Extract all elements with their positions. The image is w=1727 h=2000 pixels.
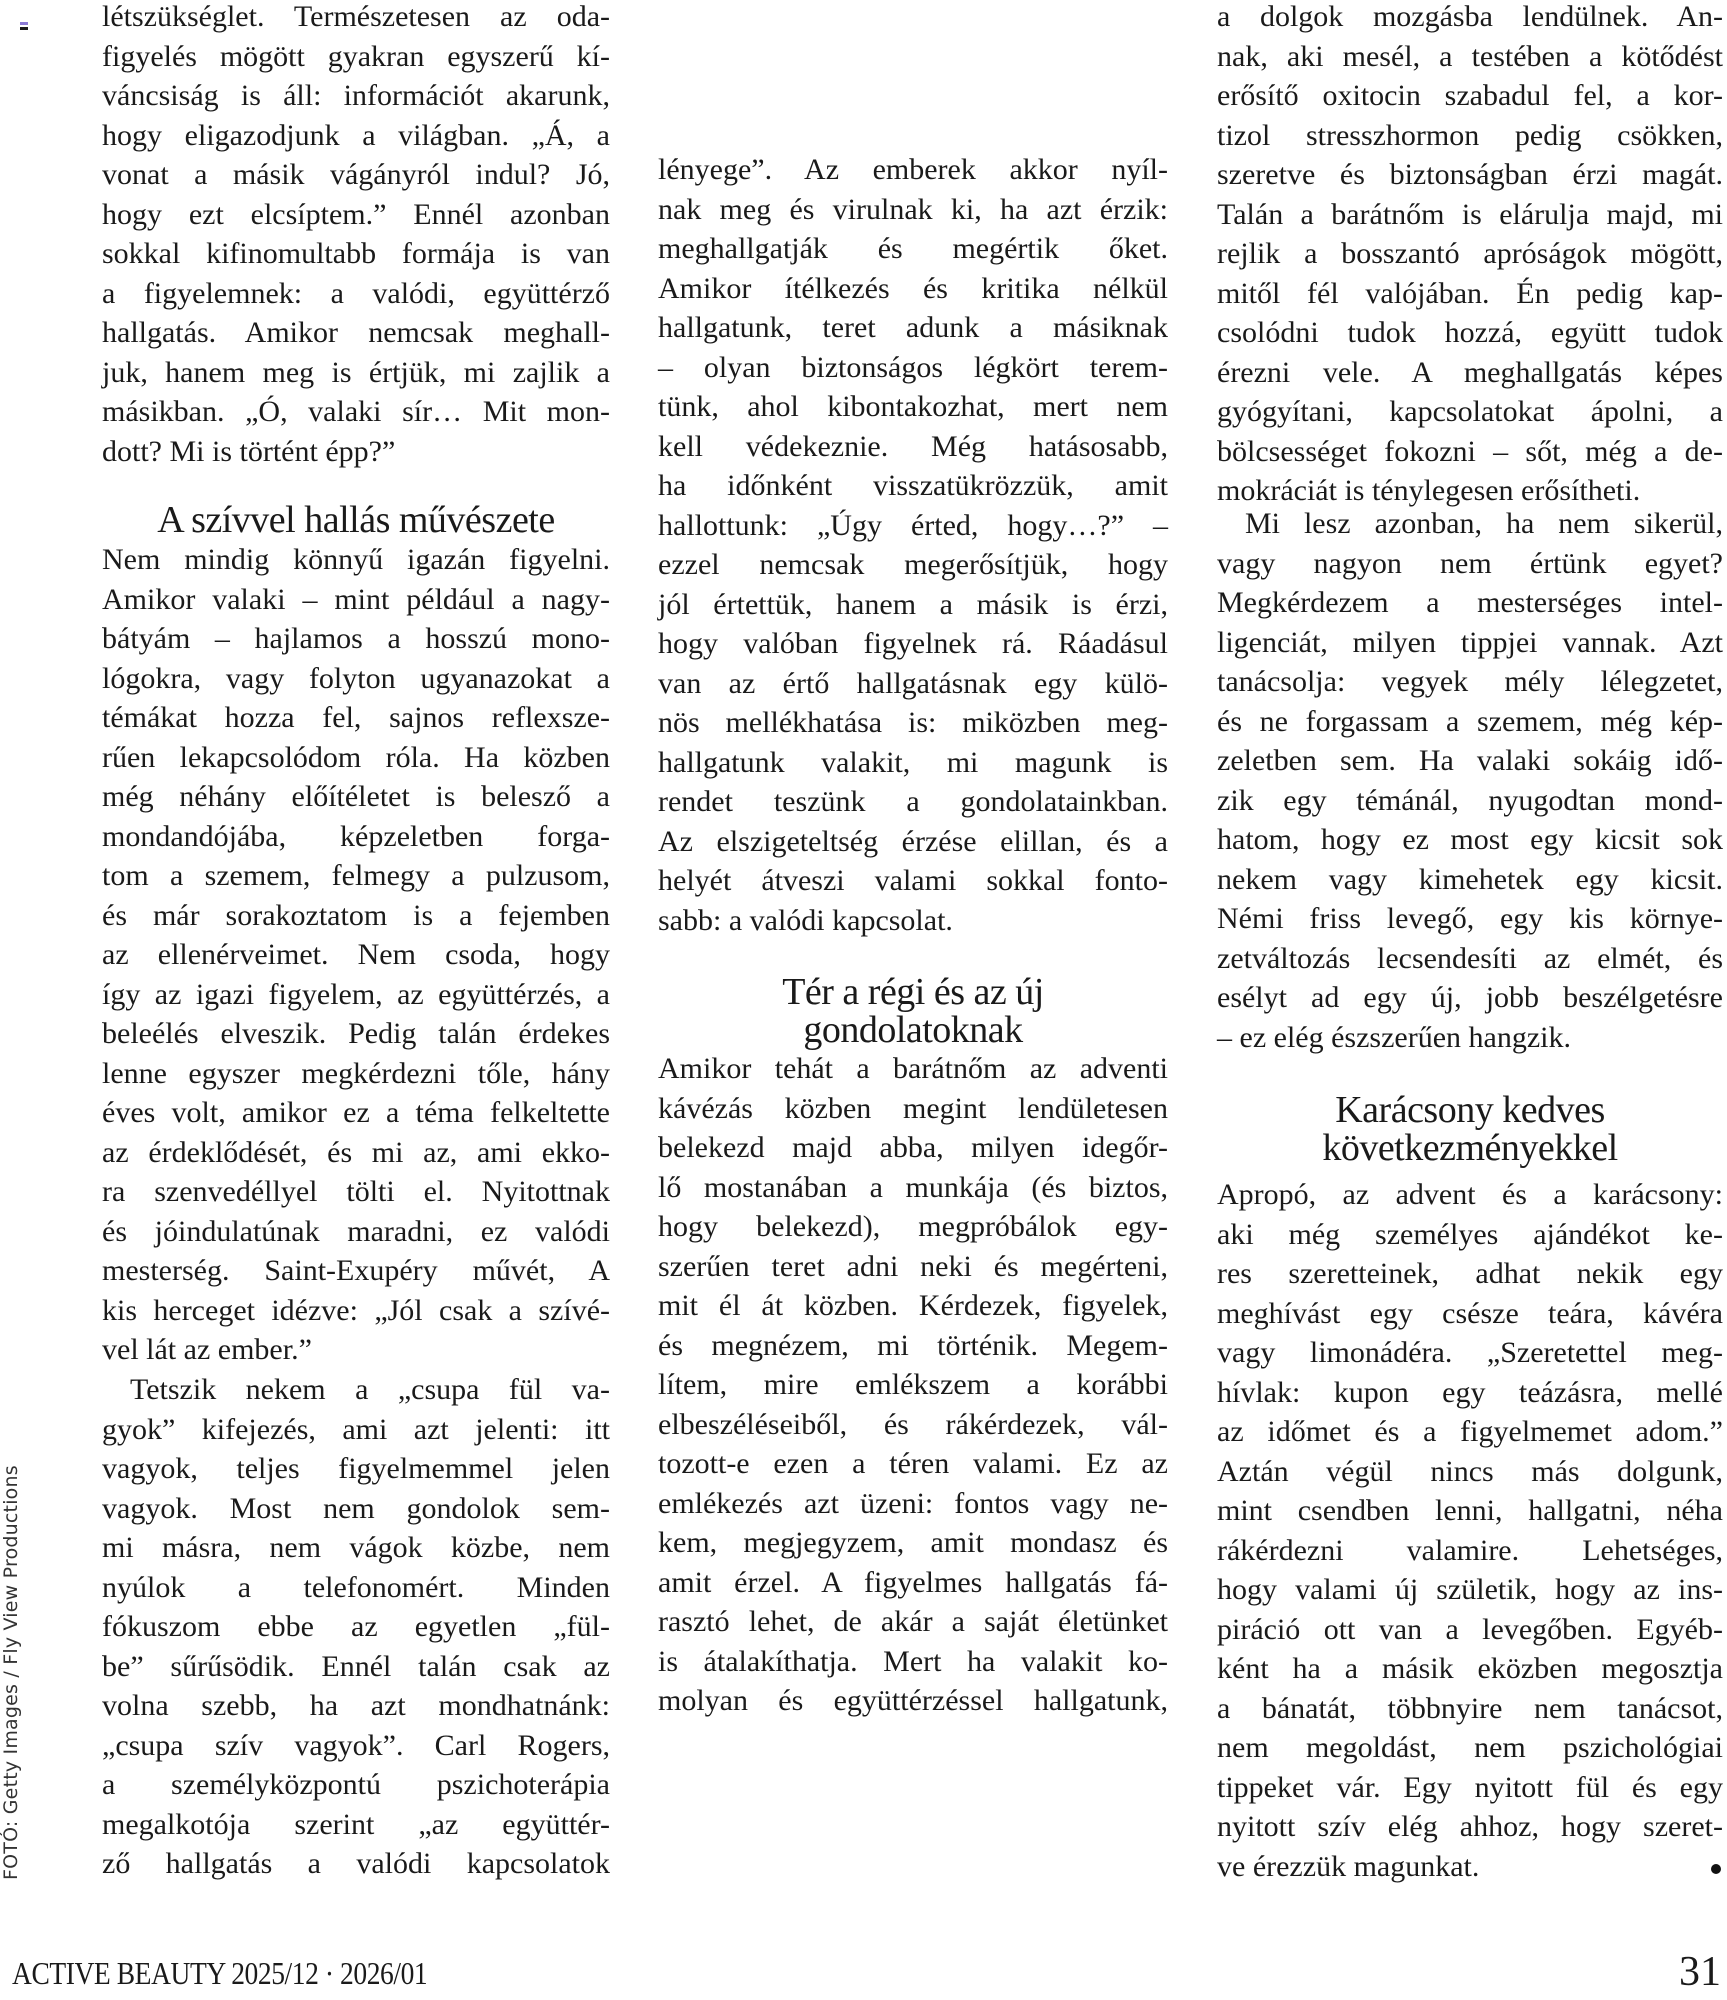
text-line: hallottunk: „Úgy érted, hogy…?” – [658, 506, 1168, 546]
text-line: ző hallgatás a valódi kapcsolatok [102, 1844, 610, 1884]
text-line: lenne egyszer megkérdezni tőle, hány [102, 1054, 610, 1094]
page-number: 31 [1679, 1948, 1721, 1996]
text-line: is átalakíthatja. Mert ha valakit ko- [658, 1642, 1168, 1682]
text-line: létszükséglet. Természetesen az oda- [102, 0, 610, 37]
text-line: jól értettük, hanem a másik is érzi, [658, 585, 1168, 625]
text-line: váncsiság is áll: információt akarunk, [102, 76, 610, 116]
text-line: fókuszom ebbe az egyetlen „fül- [102, 1607, 610, 1647]
text-line: és már sorakoztatom is a fejemben [102, 896, 610, 936]
text-line: zeletben sem. Ha valaki sokáig idő- [1217, 741, 1723, 781]
text-line: mesterség. Saint-Exupéry művét, A [102, 1251, 610, 1291]
text-line: bölcsességet fokozni – sőt, még a de- [1217, 432, 1723, 472]
text-line: hallgatunk, teret adunk a másiknak [658, 308, 1168, 348]
text-line: Mi lesz azonban, ha nem sikerül, [1217, 504, 1723, 544]
text-line: hogy eligazodjunk a világban. „Á, a [102, 116, 610, 156]
text-line: Amikor tehát a barátnőm az adventi [658, 1049, 1168, 1089]
text-line: még néhány előítéletet is belesző a [102, 777, 610, 817]
text-line: ezzel nemcsak megerősítjük, hogy [658, 545, 1168, 585]
text-line: rasztó lehet, de akár a saját életünket [658, 1602, 1168, 1642]
text-line: tanácsolja: vegyek mély lélegzetet, [1217, 662, 1723, 702]
text-line: érezni vele. A meghallgatás képes [1217, 353, 1723, 393]
text-line: nyúlok a telefonomért. Minden [102, 1568, 610, 1608]
end-of-article-dot-icon [1711, 1864, 1721, 1874]
text-line: szeretve és biztonságban érzi magát. [1217, 155, 1723, 195]
text-line: piráció ott van a levegőben. Egyéb- [1217, 1610, 1723, 1650]
text-line: sokkal kifinomultabb formája is van [102, 234, 610, 274]
text-line: az időmet és a figyelmemet adom.” [1217, 1412, 1723, 1452]
text-line: hogy belekezd), megpróbálok egy- [658, 1207, 1168, 1247]
text-line: másikban. „Ó, valaki sír… Mit mon- [102, 392, 610, 432]
section-heading-line-1: Tér a régi és az új [658, 973, 1168, 1011]
text-line: van az értő hallgatásnak egy külö- [658, 664, 1168, 704]
text-line: éves volt, amikor ez a téma felkeltette [102, 1093, 610, 1133]
text-line: volna szebb, ha azt mondhatnánk: [102, 1686, 610, 1726]
text-line: mondandójába, képzeletben forga- [102, 817, 610, 857]
text-line: rejlik a bosszantó apróságok mögött, [1217, 234, 1723, 274]
text-line: res szeretteinek, adhat nekik egy [1217, 1254, 1723, 1294]
text-line: Nem mindig könnyű igazán figyelni. [102, 540, 610, 580]
text-line: a személyközpontú pszichoterápia [102, 1765, 610, 1805]
text-line: vonat a másik vágányról indul? Jó, [102, 155, 610, 195]
text-line: mi másra, nem vágok közbe, nem [102, 1528, 610, 1568]
article-column-left: létszükséglet. Természetesen az oda-figy… [102, 0, 610, 1880]
text-line: tünk, ahol kibontakozhat, mert nem [658, 387, 1168, 427]
text-line: csolódni tudok hozzá, együtt tudok [1217, 313, 1723, 353]
text-line: tom a szemem, felmegy a pulzusom, [102, 856, 610, 896]
text-line: Amikor ítélkezés és kritika nélkül [658, 269, 1168, 309]
text-line: molyan és együttérzéssel hallgatunk, [658, 1681, 1168, 1721]
text-line: ra szenvedéllyel tölti el. Nyitottnak [102, 1172, 610, 1212]
text-line: és megnézem, mi történik. Megem- [658, 1326, 1168, 1366]
section-heading: A szívvel hallás művészete [102, 501, 610, 539]
text-line: a dolgok mozgásba lendülnek. An- [1217, 0, 1723, 37]
text-line: hogy valami új születik, hogy az ins- [1217, 1570, 1723, 1610]
section-heading-line-2: gondolatoknak [658, 1011, 1168, 1049]
text-line: lényege”. Az emberek akkor nyíl- [658, 150, 1168, 190]
text-line: juk, hanem meg is értjük, mi zajlik a [102, 353, 610, 393]
text-line: nak meg és virulnak ki, ha azt érzik: [658, 190, 1168, 230]
text-line: hívlak: kupon egy teázásra, mellé [1217, 1373, 1723, 1413]
text-line: erősítő oxitocin szabadul fel, a kor- [1217, 76, 1723, 116]
text-line: tippeket vár. Egy nyitott fül és egy [1217, 1768, 1723, 1808]
text-line: amit érzel. A figyelmes hallgatás fá- [658, 1563, 1168, 1603]
text-line: bátyám – hajlamos a hosszú mono- [102, 619, 610, 659]
text-line: vagy nagyon nem értünk egyet? [1217, 544, 1723, 584]
text-line: mint csendben lenni, hallgatni, néha [1217, 1491, 1723, 1531]
text-line: Némi friss levegő, egy kis környe- [1217, 899, 1723, 939]
text-line: kem, megjegyzem, amit mondasz és [658, 1523, 1168, 1563]
text-line: Apropó, az advent és a karácsony: [1217, 1175, 1723, 1215]
text-line: vagy limonádéra. „Szeretettel meg- [1217, 1333, 1723, 1373]
text-line: mitől fél valójában. Én pedig kap- [1217, 274, 1723, 314]
text-line: vel lát az ember.” [102, 1330, 610, 1370]
text-line: a figyelemnek: a valódi, együttérző [102, 274, 610, 314]
text-line: ként ha a másik eközben megosztja [1217, 1649, 1723, 1689]
text-line: megalkotója szerint „az együttér- [102, 1805, 610, 1845]
text-line: kávézás közben megint lendületesen [658, 1089, 1168, 1129]
text-line: Megkérdezem a mesterséges intel- [1217, 583, 1723, 623]
text-line: mit él át közben. Kérdezek, figyelek, [658, 1286, 1168, 1326]
text-line: – ez elég észszerűen hangzik. [1217, 1018, 1723, 1058]
text-line: nyitott szív elég ahhoz, hogy szeret- [1217, 1807, 1723, 1847]
text-line: vagyok. Most nem gondolok sem- [102, 1489, 610, 1529]
text-line: témákat hozza fel, sajnos reflexsze- [102, 698, 610, 738]
text-line: elbeszéléseiből, és rákérdezek, vál- [658, 1405, 1168, 1445]
text-line: lógokra, vagy folyton ugyanazokat a [102, 659, 610, 699]
text-line: emlékezés azt üzeni: fontos vagy ne- [658, 1484, 1168, 1524]
text-line: Aztán végül nincs más dolgunk, [1217, 1452, 1723, 1492]
text-line: ha időnként visszatükrözzük, amit [658, 466, 1168, 506]
text-line: figyelés mögött gyakran egyszerű kí- [102, 37, 610, 77]
text-line: meghallgatják és megértik őket. [658, 229, 1168, 269]
text-line: lő mostanában a munkája (és biztos, [658, 1168, 1168, 1208]
text-line: hogy valóban figyelnek rá. Ráadásul [658, 624, 1168, 664]
text-line: zetváltozás lecsendesíti az elmét, és [1217, 939, 1723, 979]
text-line: rendet teszünk a gondolatainkban. [658, 782, 1168, 822]
text-line: be” sűrűsödik. Ennél talán csak az [102, 1647, 610, 1687]
text-line: ligenciát, milyen tippjei vannak. Azt [1217, 623, 1723, 663]
text-line: aki még személyes ajándékot ke- [1217, 1215, 1723, 1255]
text-line: Talán a barátnőm is elárulja majd, mi [1217, 195, 1723, 235]
text-line: Az elszigeteltség érzése elillan, és a [658, 822, 1168, 862]
text-line: lítem, mire emlékszem a korábbi [658, 1365, 1168, 1405]
text-line: így az igazi figyelem, az együttérzés, a [102, 975, 610, 1015]
text-line: nem megoldást, nem pszichológiai [1217, 1728, 1723, 1768]
text-line: rákérdezni valamire. Lehetséges, [1217, 1531, 1723, 1571]
text-line: vagyok, teljes figyelmemmel jelen [102, 1449, 610, 1489]
text-line: nak, aki mesél, a testében a kötődést [1217, 37, 1723, 77]
photo-credit: FOTÓ: Getty Images / Fly View Production… [0, 1465, 22, 1880]
text-line: Amikor valaki – mint például a nagy- [102, 580, 610, 620]
text-line: az érdeklődését, és mi az, ami ekko- [102, 1133, 610, 1173]
text-line: a bánatát, többnyire nem tanácsot, [1217, 1689, 1723, 1729]
text-line: – olyan biztonságos légkört terem- [658, 348, 1168, 388]
text-line: hallgatunk valakit, mi magunk is [658, 743, 1168, 783]
text-line: esélyt ad egy új, jobb beszélgetésre [1217, 978, 1723, 1018]
text-line: meghívást egy csésze teára, kávéra [1217, 1294, 1723, 1334]
text-line: helyét átveszi valami sokkal fonto- [658, 861, 1168, 901]
color-registration-mark-icon [20, 22, 28, 32]
text-line: beleélés elveszik. Pedig talán érdekes [102, 1014, 610, 1054]
text-line: dott? Mi is történt épp?” [102, 432, 610, 472]
text-line: hatom, hogy ez most egy kicsit sok [1217, 820, 1723, 860]
text-line: szerűen teret adni neki és megérteni, [658, 1247, 1168, 1287]
text-line: tizol stresszhormon pedig csökken, [1217, 116, 1723, 156]
text-line: kell védekeznie. Még hatásosabb, [658, 427, 1168, 467]
text-line: és ne forgassam a szemem, még kép- [1217, 702, 1723, 742]
text-line: gyógyítani, kapcsolatokat ápolni, a [1217, 392, 1723, 432]
text-line: sabb: a valódi kapcsolat. [658, 901, 1168, 941]
text-line: hogy ezt elcsíptem.” Ennél azonban [102, 195, 610, 235]
text-line: és jóindulatúnak maradni, ez valódi [102, 1212, 610, 1252]
text-line: zik egy témánál, nyugodtan mond- [1217, 781, 1723, 821]
text-line: belekezd majd abba, milyen idegőr- [658, 1128, 1168, 1168]
text-line: Tetszik nekem a „csupa fül va- [102, 1370, 610, 1410]
article-column-middle: lényege”. Az emberek akkor nyíl-nak meg … [658, 0, 1168, 1880]
text-line: az ellenérveimet. Nem csoda, hogy [102, 935, 610, 975]
article-column-right: a dolgok mozgásba lendülnek. An-nak, aki… [1217, 0, 1723, 1880]
text-line: rűen lekapcsolódom róla. Ha közben [102, 738, 610, 778]
text-line: kis herceget idézve: „Jól csak a szívé- [102, 1291, 610, 1331]
section-heading-line-2: következményekkel [1217, 1129, 1723, 1167]
text-line: tozott-e ezen a téren valami. Ez az [658, 1444, 1168, 1484]
magazine-issue-footer: ACTIVE BEAUTY 2025/12 · 2026/01 [12, 1955, 427, 1992]
text-line: nös mellékhatása is: miközben meg- [658, 703, 1168, 743]
text-line: gyok” kifejezés, ami azt jelenti: itt [102, 1410, 610, 1450]
text-line: hallgatás. Amikor nemcsak meghall- [102, 313, 610, 353]
section-heading-line-1: Karácsony kedves [1217, 1091, 1723, 1129]
text-line: nekem vagy kimehetek egy kicsit. [1217, 860, 1723, 900]
text-line: „csupa szív vagyok”. Carl Rogers, [102, 1726, 610, 1766]
text-line: ve érezzük magunkat. [1217, 1847, 1723, 1887]
